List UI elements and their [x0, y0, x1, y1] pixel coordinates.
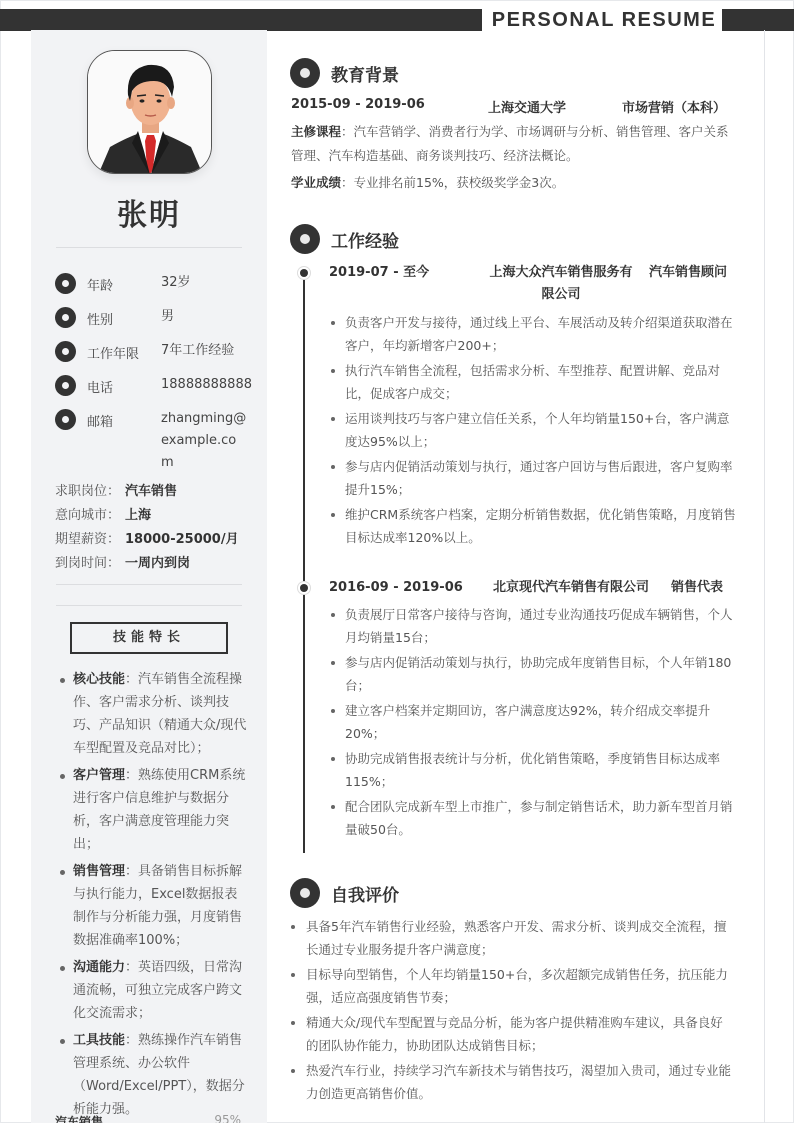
job-position: 汽车销售顾问 [649, 262, 727, 284]
main-content: 教育背景 2015-09 - 2019-06 上海交通大学 市场营销（本科） 主… [267, 30, 764, 1123]
section-title: 教育背景 [331, 61, 399, 86]
section-title: 自我评价 [331, 881, 399, 906]
skills-list: 核心技能：汽车销售全流程操作、客户需求分析、谈判技巧、产品知识（精通大众/现代车… [57, 668, 249, 1123]
section-title: 工作经验 [331, 227, 399, 252]
job-company: 北京现代汽车销售有限公司 [493, 577, 649, 599]
education-grades: 学业成绩：专业排名前15%，获校级奖学金3次。 [291, 171, 737, 195]
gender-icon [55, 307, 76, 328]
job-intent-salary: 期望薪资：18000-25000/月 [55, 528, 239, 547]
age-icon [55, 273, 76, 294]
divider [56, 247, 242, 248]
self-evaluation-item: 精通大众/现代车型配置与竞品分析，能为客户提供精准购车建议，具备良好的团队协作能… [290, 1011, 735, 1057]
education-major: 市场营销（本科） [622, 97, 726, 116]
grades-label: 学业成绩 [291, 175, 341, 190]
job-bullet: 执行汽车销售全流程，包括需求分析、车型推荐、配置讲解、竞品对比，促成客户成交； [329, 359, 739, 405]
header-bar-right [722, 9, 794, 31]
job-company: 上海大众汽车销售服务有限公司 [487, 262, 635, 306]
info-value: 男 [161, 306, 261, 328]
skill-bar-label: 汽车销售 [55, 1115, 103, 1123]
experience-section-icon [290, 224, 320, 254]
job-intent-label: 求职岗位： [55, 480, 125, 499]
education-school: 上海交通大学 [488, 97, 566, 116]
job-date: 2016-09 - 2019-06 [329, 577, 463, 599]
skill-key: 工具技能 [73, 1033, 125, 1048]
self-evaluation-item: 热爱汽车行业，持续学习汽车新技术与销售技巧，渴望加入贵司，通过专业能力创造更高销… [290, 1059, 735, 1105]
education-courses: 主修课程：汽车营销学、消费者行为学、市场调研与分析、销售管理、客户关系管理、汽车… [291, 120, 737, 168]
job-intent-value: 18000-25000/月 [125, 528, 239, 547]
job-intent-value: 汽车销售 [125, 480, 177, 499]
header-bar-left [0, 9, 482, 31]
info-value: 32岁 [161, 272, 261, 294]
timeline-line [303, 273, 305, 853]
job-intent-label: 期望薪资： [55, 528, 125, 547]
job-position: 销售代表 [671, 577, 723, 599]
email-value[interactable]: zhangming@example.com [161, 408, 247, 474]
job-bullet: 配合团队完成新车型上市推广，参与制定销售话术，助力新车型首月销量破50台。 [329, 795, 739, 841]
education-date: 2015-09 - 2019-06 [291, 97, 425, 112]
job-intent-availability: 到岗时间：一周内到岗 [55, 552, 190, 571]
info-label: 工作年限 [87, 343, 139, 362]
job-bullet: 维护CRM系统客户档案，定期分析销售数据，优化销售策略，月度销售目标达成率120… [329, 503, 739, 549]
self-evaluation-item: 目标导向型销售，个人年均销量150+台，多次超额完成销售任务，抗压能力强，适应高… [290, 963, 735, 1009]
job-header: 2016-09 - 2019-06 北京现代汽车销售有限公司 销售代表 [329, 577, 739, 599]
skill-item: 工具技能：熟练操作汽车销售管理系统、办公软件（Word/Excel/PPT），数… [57, 1029, 249, 1121]
info-label: 电话 [87, 377, 113, 396]
sidebar: 张明 年龄 32岁 性别 男 工作年限 7年工作经验 电话 1888888888… [31, 30, 267, 1123]
skill-key: 客户管理 [73, 768, 125, 783]
education-icon [290, 58, 320, 88]
job-bullet: 参与店内促销活动策划与执行，通过客户回访与售后跟进，客户复购率提升15%； [329, 455, 739, 501]
job-bullet: 运用谈判技巧与客户建立信任关系，个人年均销量150+台，客户满意度达95%以上； [329, 407, 739, 453]
job-intent-label: 意向城市： [55, 504, 125, 523]
job-intent-position: 求职岗位：汽车销售 [55, 480, 177, 499]
skill-key: 核心技能 [73, 672, 125, 687]
job-intent-value: 上海 [125, 504, 151, 523]
skill-bar-percent: 95% [214, 1113, 241, 1123]
job-intent-label: 到岗时间： [55, 552, 125, 571]
page-right-border [764, 30, 765, 1123]
skill-item: 销售管理：具备销售目标拆解与执行能力，Excel数据报表制作与分析能力强，月度销… [57, 860, 249, 952]
skill-item: 沟通能力：英语四级，日常沟通流畅，可独立完成客户跨文化交流需求； [57, 956, 249, 1025]
candidate-name: 张明 [31, 190, 267, 234]
avatar [87, 50, 212, 174]
courses-label: 主修课程 [291, 124, 341, 139]
skill-item: 核心技能：汽车销售全流程操作、客户需求分析、谈判技巧、产品知识（精通大众/现代车… [57, 668, 249, 760]
skill-key: 沟通能力 [73, 960, 125, 975]
job-bullet: 负责展厅日常客户接待与咨询，通过专业沟通技巧促成车辆销售，个人月均销量15台； [329, 603, 739, 649]
self-evaluation-item: 具备5年汽车销售行业经验，熟悉客户开发、需求分析、谈判成交全流程，擅长通过专业服… [290, 915, 735, 961]
skill-item: 客户管理：熟练使用CRM系统进行客户信息维护与数据分析，客户满意度管理能力突出； [57, 764, 249, 856]
avatar-portrait-icon [88, 51, 212, 174]
grades-text: ：专业排名前15%，获校级奖学金3次。 [341, 175, 564, 190]
job-intent-value: 一周内到岗 [125, 552, 190, 571]
skill-bar-row: 汽车销售 95% [55, 1113, 241, 1123]
timeline-dot [297, 266, 311, 280]
divider [56, 605, 242, 606]
skills-section-title: 技能特长 [70, 622, 228, 654]
job-bullet: 建立客户档案并定期回访，客户满意度达92%，转介绍成交率提升20%； [329, 699, 739, 745]
job-header: 2019-07 - 至今 上海大众汽车销售服务有限公司 汽车销售顾问 [329, 262, 739, 306]
phone-value[interactable]: 18888888888 [161, 374, 261, 396]
divider [56, 584, 242, 585]
info-value: 7年工作经验 [161, 340, 261, 362]
job-intent-city: 意向城市：上海 [55, 504, 151, 523]
job-bullets: 负责展厅日常客户接待与咨询，通过专业沟通技巧促成车辆销售，个人月均销量15台； … [329, 603, 739, 843]
timeline-dot [297, 581, 311, 595]
email-icon [55, 409, 76, 430]
self-evaluation-icon [290, 878, 320, 908]
experience-icon [55, 341, 76, 362]
self-evaluation-list: 具备5年汽车销售行业经验，熟悉客户开发、需求分析、谈判成交全流程，擅长通过专业服… [290, 915, 735, 1107]
phone-icon [55, 375, 76, 396]
info-label: 年龄 [87, 275, 113, 294]
job-bullet: 协助完成销售报表统计与分析，优化销售策略，季度销售目标达成率115%； [329, 747, 739, 793]
courses-text: ：汽车营销学、消费者行为学、市场调研与分析、销售管理、客户关系管理、汽车构造基础… [291, 124, 729, 163]
info-label: 性别 [87, 309, 113, 328]
info-label: 邮箱 [87, 411, 113, 430]
job-bullet: 负责客户开发与接待，通过线上平台、车展活动及转介绍渠道获取潜在客户，年均新增客户… [329, 311, 739, 357]
job-bullets: 负责客户开发与接待，通过线上平台、车展活动及转介绍渠道获取潜在客户，年均新增客户… [329, 311, 739, 551]
skill-key: 销售管理 [73, 864, 125, 879]
job-bullet: 参与店内促销活动策划与执行，协助完成年度销售目标，个人年销180台； [329, 651, 739, 697]
job-date: 2019-07 - 至今 [329, 262, 429, 284]
